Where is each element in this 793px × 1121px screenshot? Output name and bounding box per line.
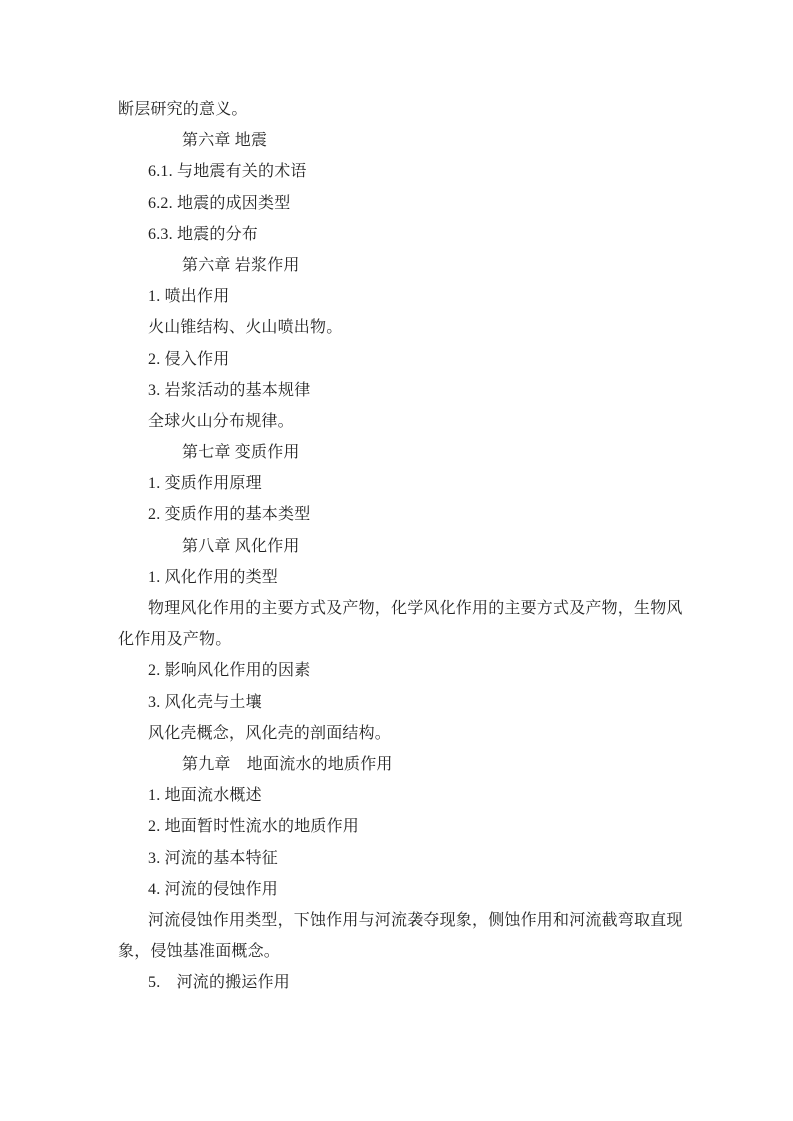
doc-line-chapter: 第九章 地面流水的地质作用 — [118, 749, 675, 780]
doc-line-item: 6.3. 地震的分布 — [118, 219, 675, 250]
doc-line-chapter: 第八章 风化作用 — [118, 531, 675, 562]
doc-line-item: 3. 风化壳与土壤 — [118, 687, 675, 718]
doc-line-item: 1. 喷出作用 — [118, 281, 675, 312]
doc-line-chapter: 第六章 岩浆作用 — [118, 250, 675, 281]
doc-line-item: 1. 变质作用原理 — [118, 468, 675, 499]
document-content: 断层研究的意义。第六章 地震6.1. 与地震有关的术语6.2. 地震的成因类型6… — [118, 94, 675, 998]
doc-line-item: 2. 侵入作用 — [118, 344, 675, 375]
doc-line-para: 全球火山分布规律。 — [118, 406, 675, 437]
doc-line-item: 3. 河流的基本特征 — [118, 843, 675, 874]
doc-line-para: 风化壳概念，风化壳的剖面结构。 — [118, 718, 675, 749]
doc-line-continuation: 断层研究的意义。 — [118, 94, 675, 125]
doc-line-item: 2. 地面暂时性流水的地质作用 — [118, 811, 675, 842]
doc-line-chapter: 第六章 地震 — [118, 125, 675, 156]
doc-line-para: 物理风化作用的主要方式及产物，化学风化作用的主要方式及产物，生物风 — [118, 593, 675, 624]
doc-line-item: 5. 河流的搬运作用 — [118, 967, 675, 998]
doc-line-chapter: 第七章 变质作用 — [118, 437, 675, 468]
doc-line-item: 2. 变质作用的基本类型 — [118, 499, 675, 530]
doc-line-item: 6.1. 与地震有关的术语 — [118, 156, 675, 187]
doc-line-item: 1. 地面流水概述 — [118, 780, 675, 811]
doc-line-continuation: 化作用及产物。 — [118, 624, 675, 655]
doc-line-item: 2. 影响风化作用的因素 — [118, 655, 675, 686]
doc-line-continuation: 象，侵蚀基准面概念。 — [118, 936, 675, 967]
doc-line-item: 1. 风化作用的类型 — [118, 562, 675, 593]
doc-line-para: 火山锥结构、火山喷出物。 — [118, 312, 675, 343]
doc-line-para: 河流侵蚀作用类型，下蚀作用与河流袭夺现象，侧蚀作用和河流截弯取直现 — [118, 905, 675, 936]
doc-line-item: 4. 河流的侵蚀作用 — [118, 874, 675, 905]
doc-line-item: 6.2. 地震的成因类型 — [118, 188, 675, 219]
document-page: 断层研究的意义。第六章 地震6.1. 与地震有关的术语6.2. 地震的成因类型6… — [0, 0, 793, 1121]
doc-line-item: 3. 岩浆活动的基本规律 — [118, 375, 675, 406]
